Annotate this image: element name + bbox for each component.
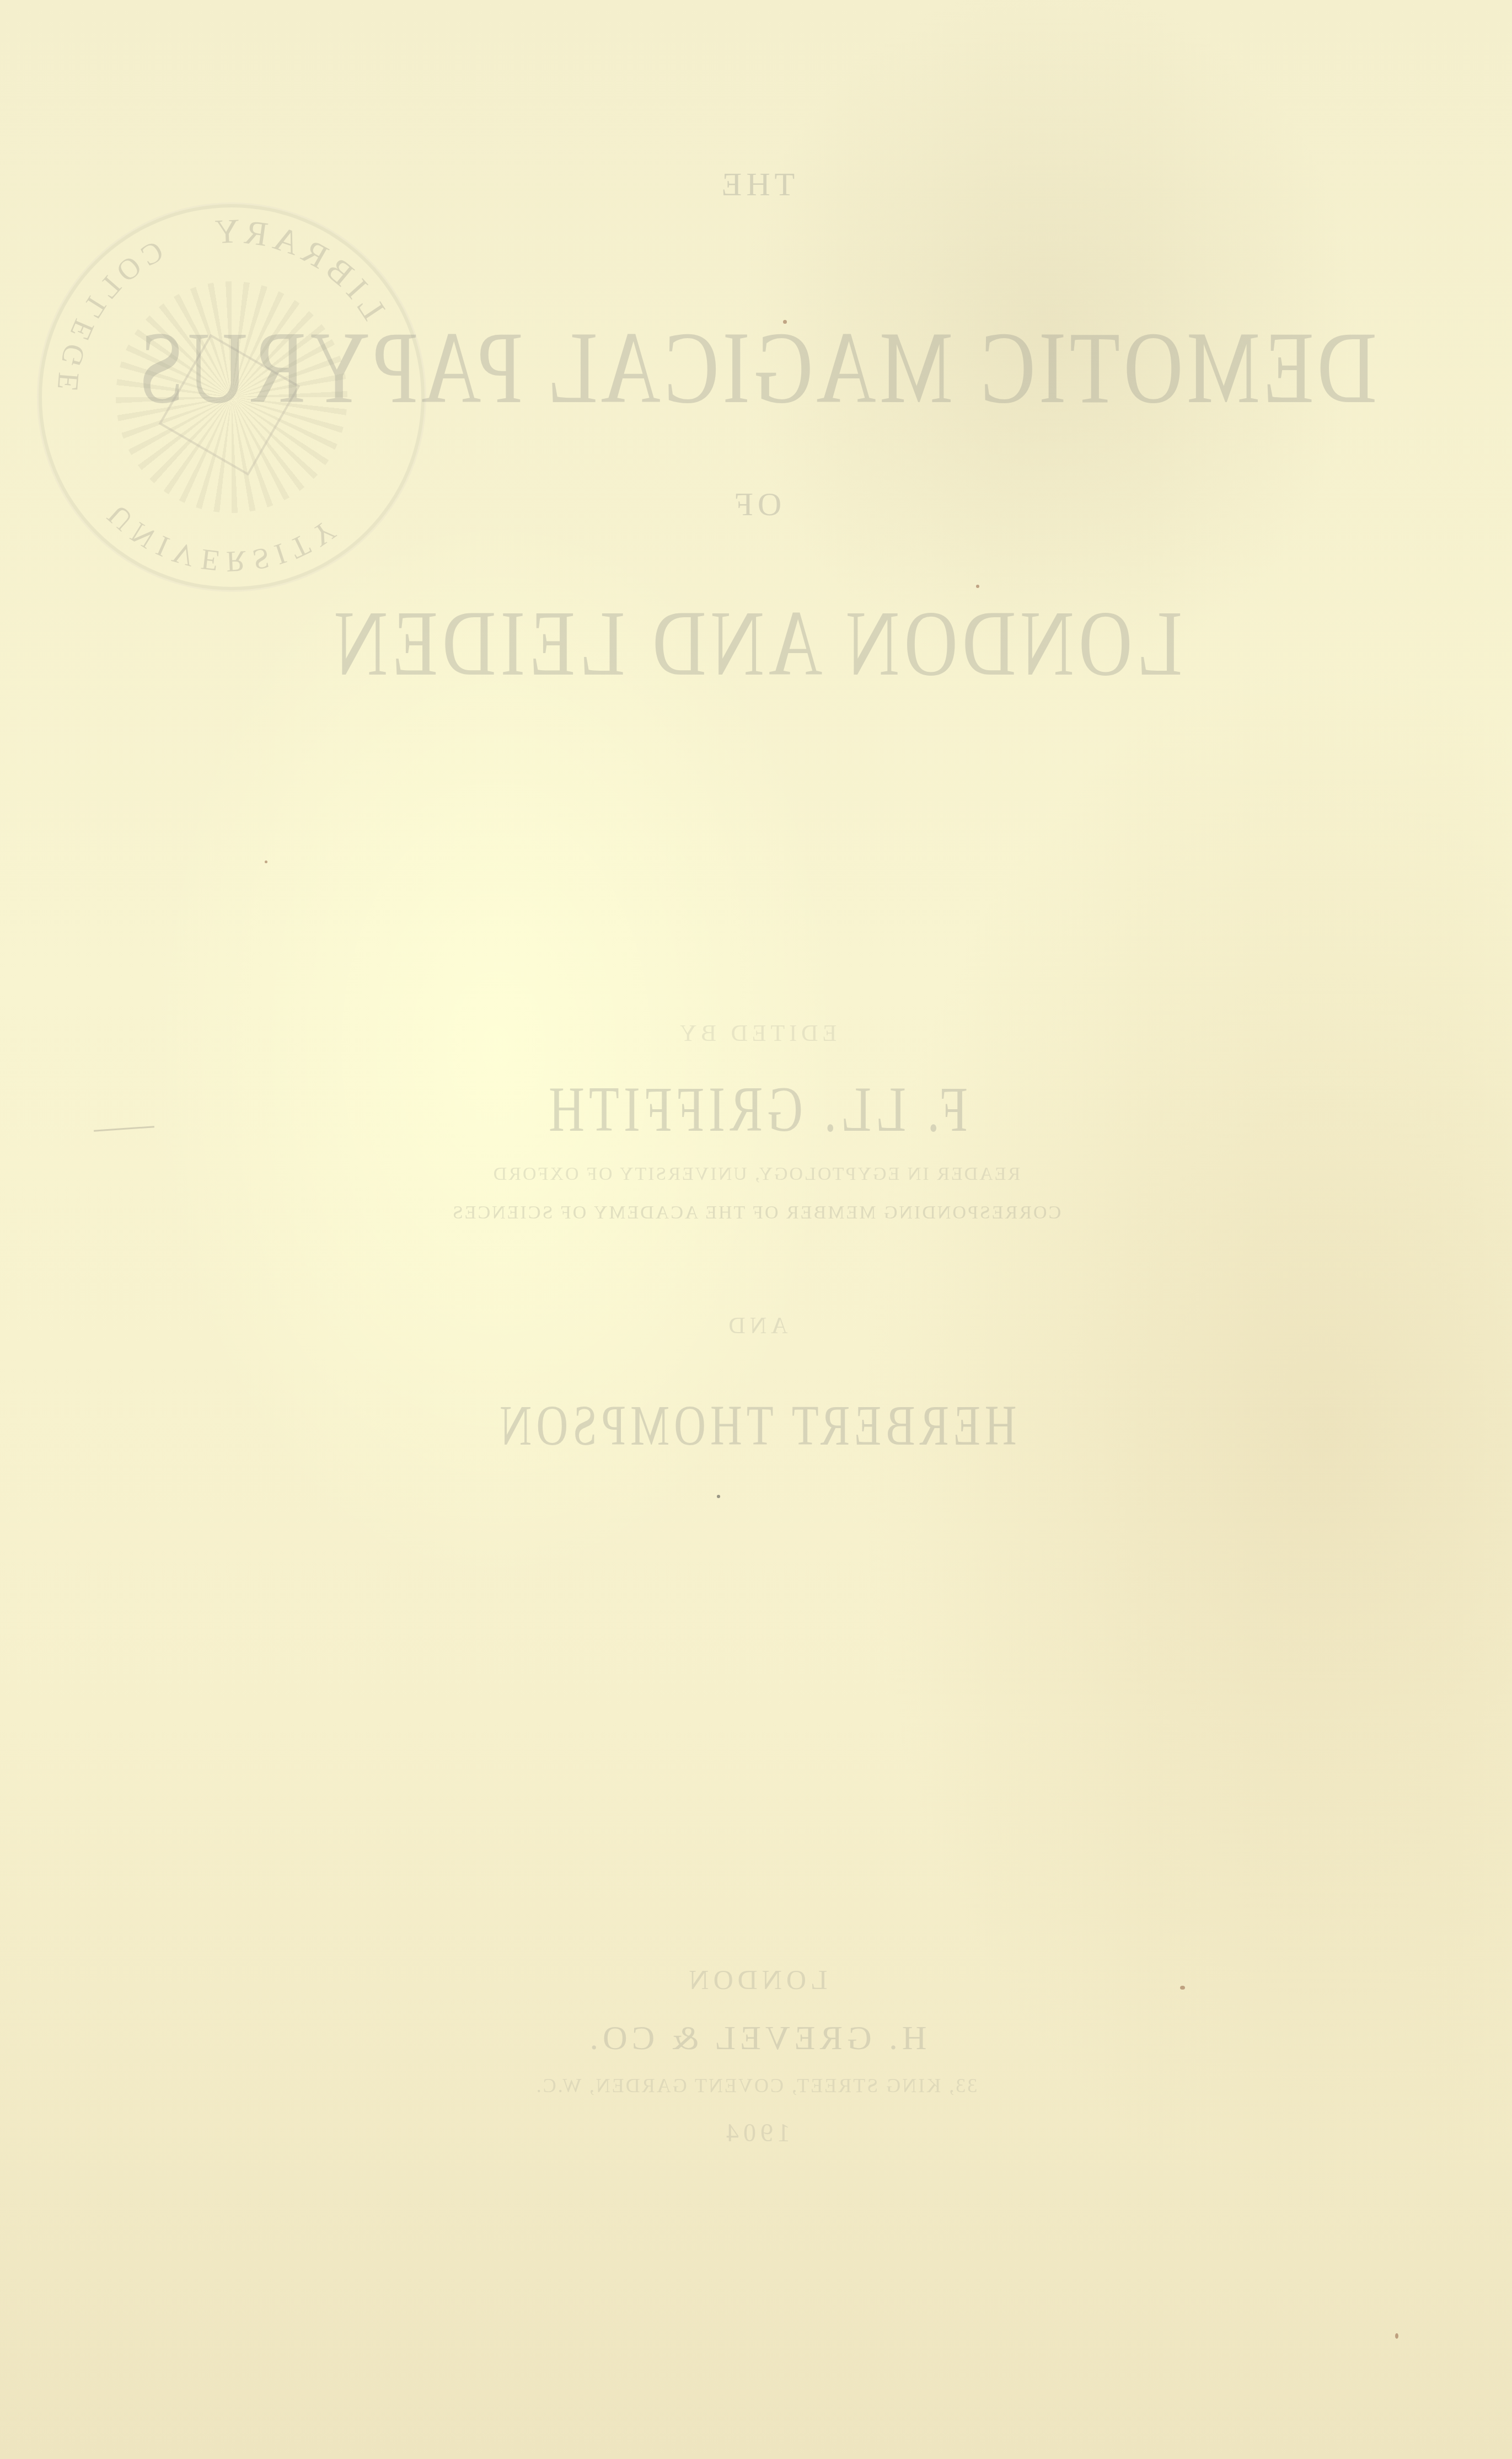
ghost-place: LONDON AND LEIDEN [0,591,1512,698]
ghost-imprint-publisher: H. GREVEL & CO. [0,2019,1512,2058]
ghost-edited-by: EDITED BY [0,1020,1512,1047]
paper-speck [265,860,267,863]
paper-speck [1180,1986,1185,1990]
ghost-editor1-line1: READER IN EGYPTOLOGY, UNIVERSITY OF OXFO… [0,1164,1512,1185]
ghost-and: AND [0,1313,1512,1339]
paper-speck [1395,2333,1398,2339]
ghost-of: OF [0,485,1512,523]
ghost-title: DEMOTIC MAGICAL PAPYRUS [0,308,1512,427]
paper-speck [783,320,787,324]
ghost-editor1: F. LL. GRIFFITH [0,1073,1512,1147]
paper-speck [976,585,979,588]
ghost-imprint-address: 33, KING STREET, COVENT GARDEN, W.C. [0,2074,1512,2097]
ghost-imprint-year: 1904 [0,2118,1512,2147]
ghost-editor2: HERBERT THOMPSON [0,1393,1512,1458]
paper-speck [717,1495,720,1498]
ghost-the: THE [0,165,1512,204]
ghost-imprint-city: LONDON [0,1964,1512,1996]
ghost-editor1-line2: CORRESPONDING MEMBER OF THE ACADEMY OF S… [0,1202,1512,1223]
